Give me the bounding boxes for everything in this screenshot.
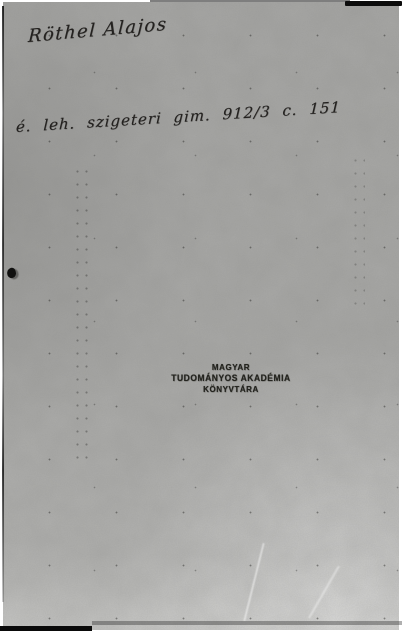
paper-specks <box>3 2 399 630</box>
stamp-line: KÖNYVTÁRA <box>164 384 297 395</box>
scanned-page: Röthel Alajos é. leh. szigeteri gim. 912… <box>0 0 406 634</box>
scan-edge-bottom-shadow <box>92 621 402 625</box>
library-stamp: MAGYAR TUDOMÁNYOS AKADÉMIA KÖNYVTÁRA <box>164 362 297 395</box>
showthrough-speck-column-left <box>73 165 91 465</box>
scan-edge-bottom-left-bar <box>0 626 92 631</box>
stamp-line: TUDOMÁNYOS AKADÉMIA <box>164 373 297 384</box>
scan-edge-top-right-bar <box>345 1 402 6</box>
paper-background <box>3 2 399 630</box>
stamp-line: MAGYAR <box>164 362 297 373</box>
showthrough-speck-column-right <box>351 154 365 314</box>
scan-edge-left-line <box>2 6 4 602</box>
scan-edge-top-line <box>150 0 350 2</box>
